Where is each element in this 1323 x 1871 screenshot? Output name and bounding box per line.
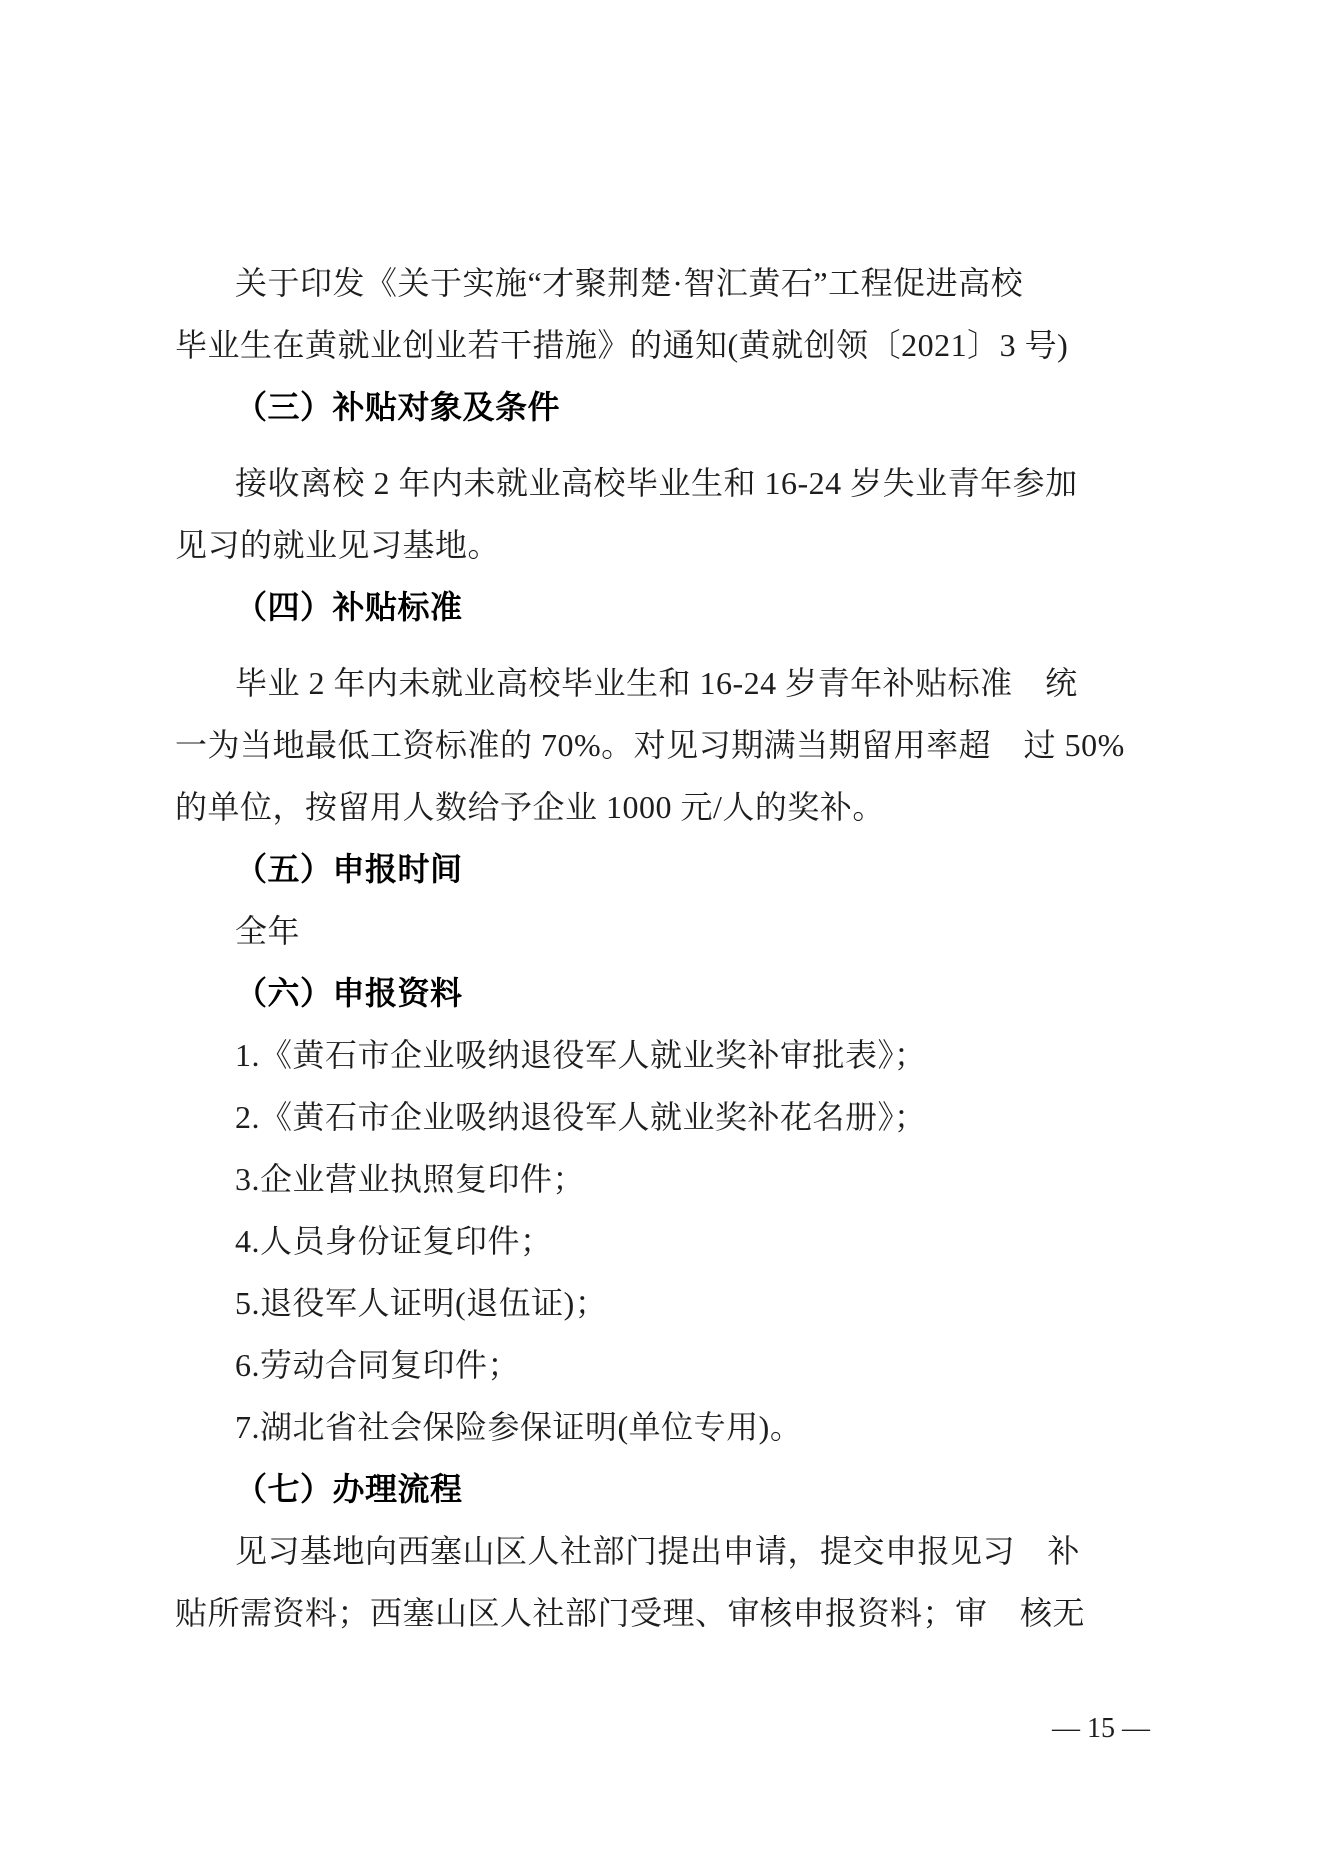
section-3-paragraph-line-1: 接收离校 2 年内未就业高校毕业生和 16-24 岁失业青年参加	[175, 452, 1155, 514]
section-5-paragraph: 全年	[175, 900, 1155, 962]
title-reference-line-2: 毕业生在黄就业创业若干措施》的通知(黄就创领〔2021〕3 号)	[175, 314, 1155, 376]
section-4-paragraph-line-2: 一为当地最低工资标准的 70%。对见习期满当期留用率超 过 50%	[175, 714, 1155, 776]
section-4-paragraph-line-1: 毕业 2 年内未就业高校毕业生和 16-24 岁青年补贴标准 统	[175, 652, 1155, 714]
list-item-1: 1.《黄石市企业吸纳退役军人就业奖补审批表》；	[175, 1024, 1155, 1086]
list-item-3: 3.企业营业执照复印件；	[175, 1148, 1155, 1210]
section-3-heading: （三）补贴对象及条件	[175, 376, 1155, 438]
section-7-paragraph-line-2: 贴所需资料；西塞山区人社部门受理、审核申报资料；审 核无	[175, 1582, 1155, 1644]
list-item-7: 7.湖北省社会保险参保证明(单位专用)。	[175, 1396, 1155, 1458]
section-7-paragraph-line-1: 见习基地向西塞山区人社部门提出申请，提交申报见习 补	[175, 1520, 1155, 1582]
list-item-4: 4.人员身份证复印件；	[175, 1210, 1155, 1272]
document-page: { "doc": { "title_ref": { "line1": "关于印发…	[0, 0, 1323, 1871]
document-body: 关于印发《关于实施“才聚荆楚·智汇黄石”工程促进高校 毕业生在黄就业创业若干措施…	[175, 252, 1155, 1644]
section-3-paragraph-line-2: 见习的就业见习基地。	[175, 514, 1155, 576]
section-7-heading: （七）办理流程	[175, 1458, 1155, 1520]
section-6-heading: （六）申报资料	[175, 962, 1155, 1024]
section-5-heading: （五）申报时间	[175, 838, 1155, 900]
section-4-heading: （四）补贴标准	[175, 576, 1155, 638]
list-item-6: 6.劳动合同复印件；	[175, 1334, 1155, 1396]
list-item-2: 2.《黄石市企业吸纳退役军人就业奖补花名册》；	[175, 1086, 1155, 1148]
section-4-paragraph-line-3: 的单位，按留用人数给予企业 1000 元/人的奖补。	[175, 776, 1155, 838]
page-number: — 15 —	[1052, 1712, 1150, 1746]
list-item-5: 5.退役军人证明(退伍证)；	[175, 1272, 1155, 1334]
title-reference-line-1: 关于印发《关于实施“才聚荆楚·智汇黄石”工程促进高校	[175, 252, 1155, 314]
